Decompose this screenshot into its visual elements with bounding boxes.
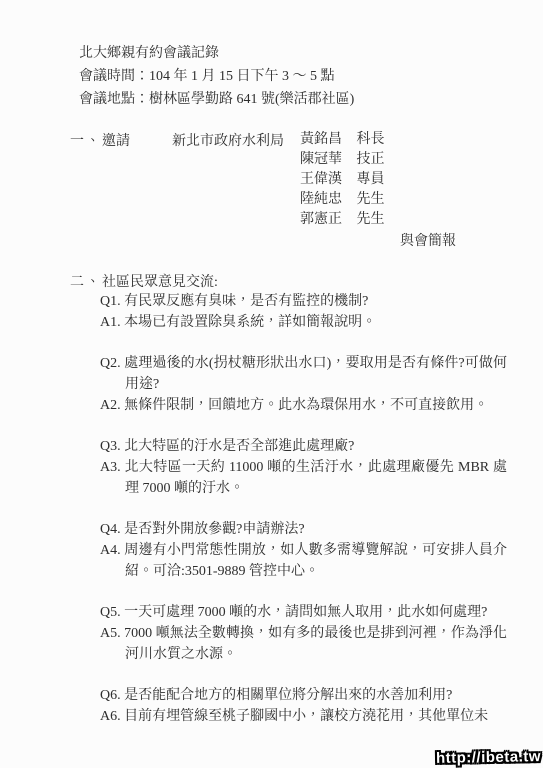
attendee-name: 黃銘昌 bbox=[300, 130, 353, 150]
question-line: Q5. 一天可處理 7000 噸的水，請問如無人取用，此水如何處理? bbox=[100, 602, 507, 623]
attendee-title: 專員 bbox=[357, 172, 385, 187]
attendee-list: 黃銘昌 科長 陳冠華 技正 王偉漢 專員 陸純忠 先生 郭憲正 先生 bbox=[300, 130, 385, 230]
question-line: Q2. 處理過後的水(拐杖糖形狀出水口)，要取用是否有條件?可做何用途? bbox=[100, 353, 507, 395]
answer-line: A6. 目前有埋管線至桃子腳國中小，讓校方澆花用，其他單位未 bbox=[100, 706, 507, 727]
attendee-name: 王偉漢 bbox=[300, 170, 353, 190]
attendee-title: 科長 bbox=[357, 132, 385, 147]
meeting-place-line: 會議地點：樹林區學勤路 641 號(樂活郡社區) bbox=[79, 88, 354, 111]
presentation-note: 與會簡報 bbox=[400, 230, 456, 250]
attendee-title: 技正 bbox=[357, 152, 385, 167]
watermark-url: http://ibeta.tw bbox=[436, 748, 541, 767]
document-header: 北大鄉親有約會議記錄 會議時間：104 年 1 月 15 日下午 3 ～ 5 點… bbox=[79, 42, 354, 111]
section-invitation: 一、 邀請 新北市政府水利局 黃銘昌 科長 陳冠華 技正 王偉漢 專員 陸純忠 … bbox=[0, 130, 543, 255]
attendee-name: 陳冠華 bbox=[300, 150, 353, 170]
attendee-row: 陳冠華 技正 bbox=[300, 150, 385, 170]
answer-line: A5. 7000 噸無法全數轉換，如有多的最後也是排到河裡，作為淨化河川水質之水… bbox=[100, 623, 507, 665]
question-line: Q1. 有民眾反應有臭味，是否有監控的機制? bbox=[100, 291, 507, 312]
section1-label: 邀請 bbox=[102, 130, 130, 150]
qa-pair: Q1. 有民眾反應有臭味，是否有監控的機制? A1. 本場已有設置除臭系統，詳如… bbox=[100, 291, 507, 333]
qa-pair: Q6. 是否能配合地方的相關單位將分解出來的水善加利用? A6. 目前有埋管線至… bbox=[100, 685, 507, 727]
answer-line: A3. 北大特區一天約 11000 噸的生活汙水，此處理廠優先 MBR 處理 7… bbox=[100, 457, 507, 499]
question-line: Q3. 北大特區的汙水是否全部進此處理廠? bbox=[100, 436, 507, 457]
attendee-name: 郭憲正 bbox=[300, 210, 353, 230]
qa-pair: Q2. 處理過後的水(拐杖糖形狀出水口)，要取用是否有條件?可做何用途? A2.… bbox=[100, 353, 507, 416]
attendee-name: 陸純忠 bbox=[300, 190, 353, 210]
attendee-row: 郭憲正 先生 bbox=[300, 210, 385, 230]
attendee-row: 黃銘昌 科長 bbox=[300, 130, 385, 150]
meeting-time-line: 會議時間：104 年 1 月 15 日下午 3 ～ 5 點 bbox=[79, 65, 354, 88]
question-line: Q4. 是否對外開放參觀?申請辦法? bbox=[100, 519, 507, 540]
qa-pair: Q5. 一天可處理 7000 噸的水，請問如無人取用，此水如何處理? A5. 7… bbox=[100, 602, 507, 665]
section2-label: 社區民眾意見交流: bbox=[102, 271, 218, 291]
attendee-row: 王偉漢 專員 bbox=[300, 170, 385, 190]
answer-line: A2. 無條件限制，回饋地方。此水為環保用水，不可直接飲用。 bbox=[100, 395, 507, 416]
answer-line: A4. 周邊有小門常態性開放，如人數多需導覽解說，可安排人員介紹。可洽:3501… bbox=[100, 540, 507, 582]
attendee-row: 陸純忠 先生 bbox=[300, 190, 385, 210]
section1-number: 一、 bbox=[70, 130, 102, 150]
qa-pair: Q4. 是否對外開放參觀?申請辦法? A4. 周邊有小門常態性開放，如人數多需導… bbox=[100, 519, 507, 582]
invited-organization: 新北市政府水利局 bbox=[172, 130, 284, 150]
question-line: Q6. 是否能配合地方的相關單位將分解出來的水善加利用? bbox=[100, 685, 507, 706]
attendee-title: 先生 bbox=[357, 212, 385, 227]
qa-list: Q1. 有民眾反應有臭味，是否有監控的機制? A1. 本場已有設置除臭系統，詳如… bbox=[100, 291, 507, 747]
document-page: 北大鄉親有約會議記錄 會議時間：104 年 1 月 15 日下午 3 ～ 5 點… bbox=[0, 0, 543, 768]
answer-line: A1. 本場已有設置除臭系統，詳如簡報說明。 bbox=[100, 312, 507, 333]
document-title: 北大鄉親有約會議記錄 bbox=[79, 42, 354, 65]
attendee-title: 先生 bbox=[357, 192, 385, 207]
qa-pair: Q3. 北大特區的汙水是否全部進此處理廠? A3. 北大特區一天約 11000 … bbox=[100, 436, 507, 499]
section2-number: 二、 bbox=[70, 271, 102, 291]
